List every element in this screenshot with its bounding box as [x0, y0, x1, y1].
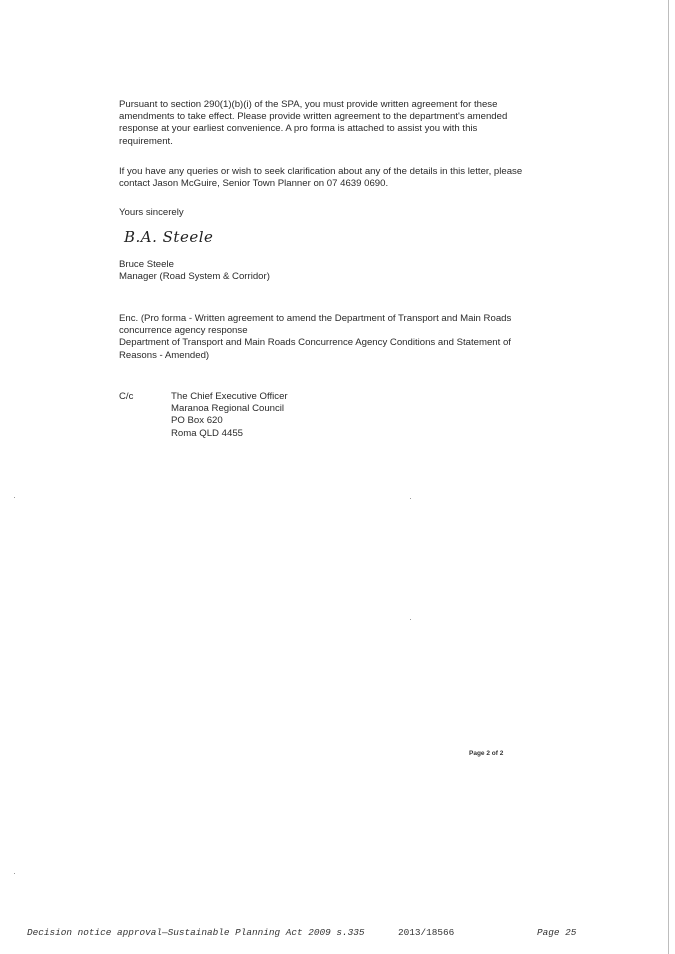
paragraph-contact: If you have any queries or wish to seek …	[119, 166, 529, 190]
cc-address-line: Roma QLD 4455	[171, 428, 288, 440]
signer-title: Manager (Road System & Corridor)	[119, 271, 270, 283]
enclosure-line: Department of Transport and Main Roads C…	[119, 337, 539, 361]
closing-salutation: Yours sincerely	[119, 207, 184, 219]
paragraph-written-agreement: Pursuant to section 290(1)(b)(i) of the …	[119, 99, 529, 148]
cc-address-line: PO Box 620	[171, 415, 288, 427]
enclosure-line: Enc. (Pro forma - Written agreement to a…	[119, 313, 539, 337]
page-edge-line	[668, 0, 669, 954]
scan-speck	[14, 873, 15, 874]
footer-page-number: Page 25	[537, 927, 576, 938]
signature: B.A. Steele	[124, 228, 213, 246]
cc-address: The Chief Executive Officer Maranoa Regi…	[171, 391, 288, 440]
scan-speck	[410, 498, 411, 499]
scan-speck	[410, 619, 411, 620]
footer-reference: 2013/18566	[398, 927, 454, 938]
cc-address-line: The Chief Executive Officer	[171, 391, 288, 403]
scan-speck	[14, 497, 15, 498]
footer-title: Decision notice approval—Sustainable Pla…	[27, 927, 365, 938]
enclosure-note: Enc. (Pro forma - Written agreement to a…	[119, 313, 539, 362]
page-count: Page 2 of 2	[469, 750, 503, 757]
cc-label: C/c	[119, 391, 133, 403]
signer-name: Bruce Steele	[119, 259, 174, 271]
cc-address-line: Maranoa Regional Council	[171, 403, 288, 415]
